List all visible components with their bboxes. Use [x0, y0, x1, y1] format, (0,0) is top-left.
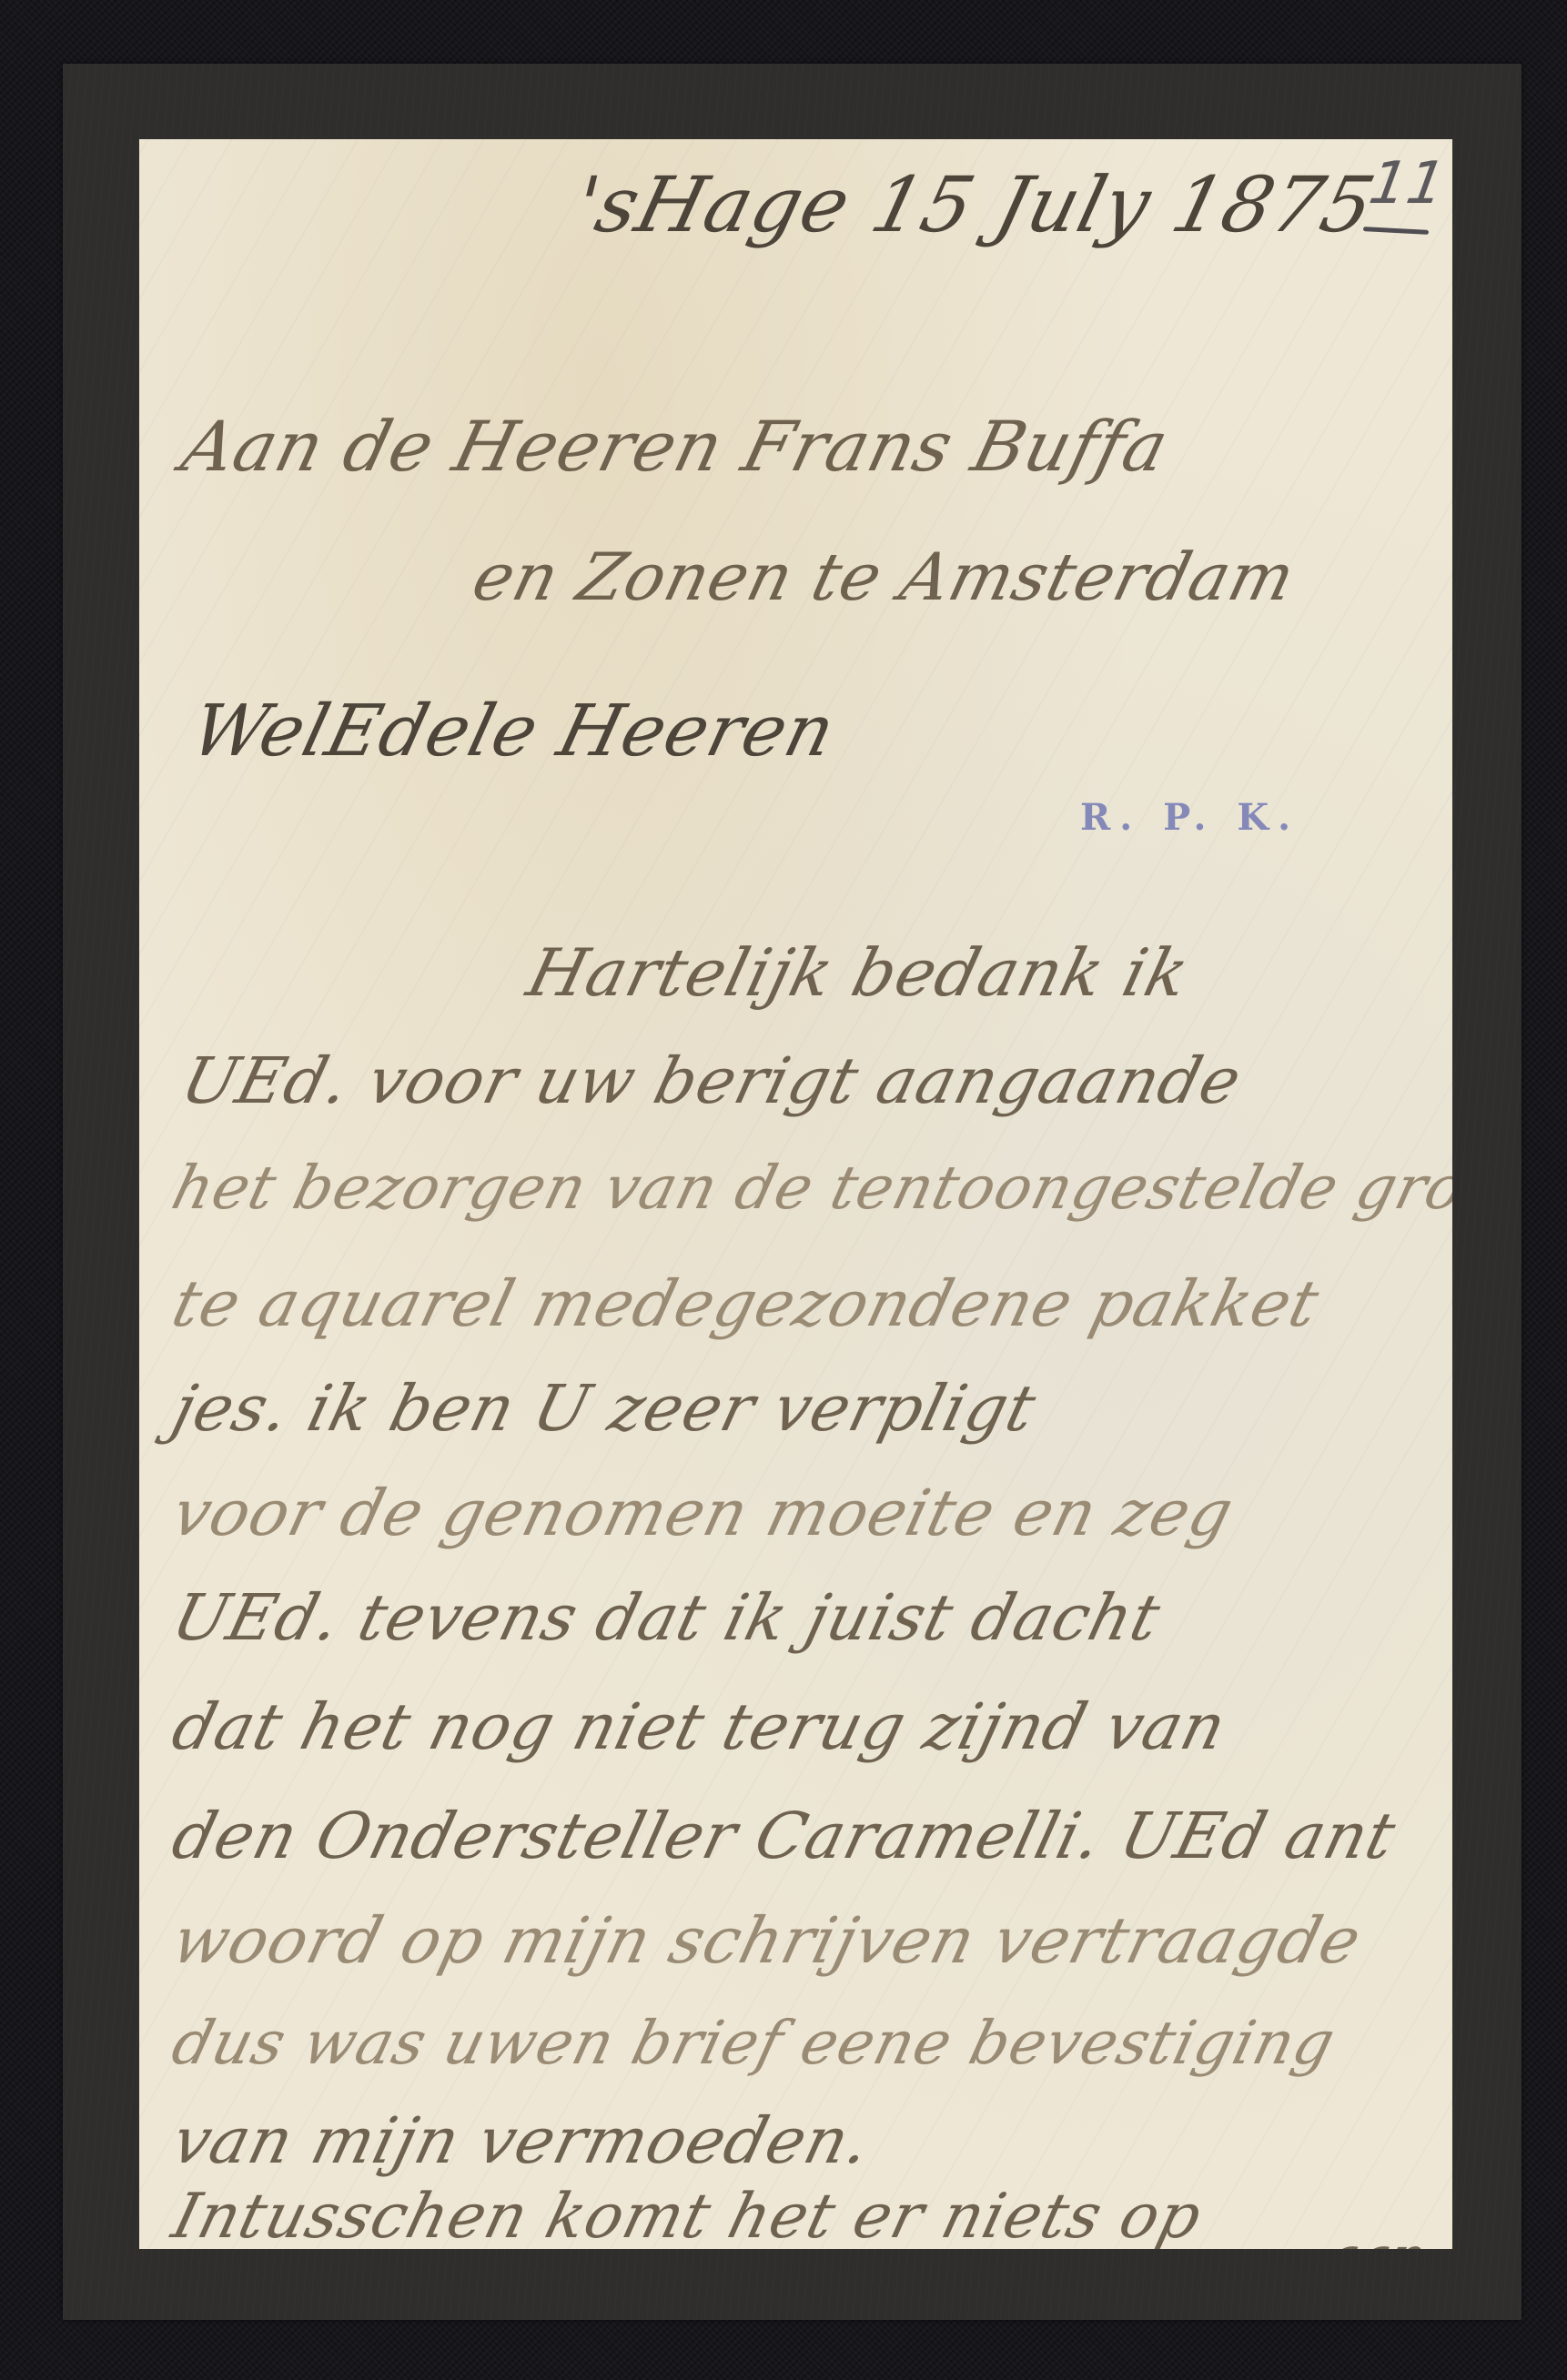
- addressee-line-2: en Zonen te Amsterdam: [467, 544, 1301, 610]
- dateline: 'sHage 15 July 1875: [567, 166, 1382, 243]
- body-line: dus was uwen brief eene bevestiging: [167, 2013, 1341, 2073]
- body-line: woord op mijn schrijven vertraagde: [167, 1909, 1368, 1972]
- folio-underline: [1363, 227, 1429, 235]
- body-line: aan.: [1322, 2232, 1449, 2249]
- body-line: den Ondersteller Caramelli. UEd ant: [167, 1804, 1402, 1868]
- body-line: Hartelijk bedank ik: [521, 940, 1196, 1005]
- body-line: jes. ik ben U zeer verpligt: [167, 1377, 1042, 1440]
- body-line: Intusschen komt het er niets op: [167, 2186, 1208, 2248]
- rpk-collection-stamp: R. P. K.: [1080, 796, 1299, 839]
- addressee-line-1: Aan de Heeren Frans Buffa: [176, 412, 1176, 481]
- salutation: WelEdele Heeren: [185, 696, 842, 767]
- body-line: van mijn vermoeden.: [167, 2109, 877, 2173]
- body-line: UEd. tevens dat ik juist dacht: [167, 1586, 1167, 1649]
- body-line: het bezorgen van de tentoongestelde groo: [167, 1158, 1452, 1218]
- body-line: te aquarel medegezondene pakket: [167, 1272, 1325, 1336]
- body-line: dat het nog niet terug zijnd van: [167, 1695, 1232, 1759]
- letter-page: 11 'sHage 15 July 1875 Aan de Heeren Fra…: [139, 139, 1452, 2249]
- body-line: UEd. voor uw berigt aangaande: [176, 1049, 1248, 1113]
- body-line: voor de genomen moeite en zeg: [167, 1481, 1239, 1545]
